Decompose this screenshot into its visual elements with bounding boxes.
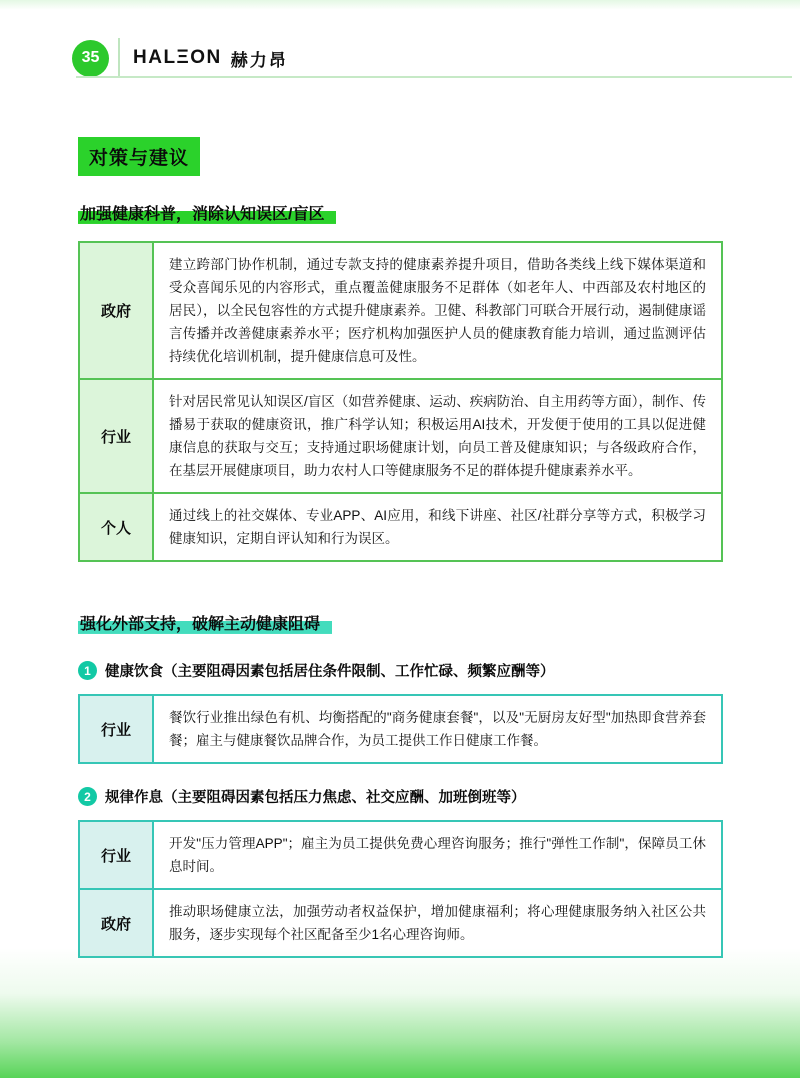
row-text-industry: 针对居民常见认知误区/盲区（如营养健康、运动、疾病防治、自主用药等方面），制作、… bbox=[154, 380, 721, 492]
item-2-title: 规律作息（主要阻碍因素包括压力焦虑、社交应酬、加班倒班等） bbox=[105, 786, 526, 807]
item-1-title: 健康饮食（主要阻碍因素包括居住条件限制、工作忙碌、频繁应酬等） bbox=[105, 660, 555, 681]
document-page: 35 HALΞON 赫力昂 对策与建议 加强健康科普，消除认知误区/盲区 政府 … bbox=[0, 0, 800, 1078]
row-text-individual: 通过线上的社交媒体、专业APP、AI应用，和线下讲座、社区/社群分享等方式，积极… bbox=[154, 494, 721, 560]
row-text-industry: 餐饮行业推出绿色有机、均衡搭配的"商务健康套餐"，以及"无厨房友好型"加热即食营… bbox=[154, 696, 721, 762]
row-label-industry: 行业 bbox=[80, 822, 154, 888]
row-label-individual: 个人 bbox=[80, 494, 154, 560]
item-1-number-badge: 1 bbox=[78, 661, 97, 680]
subsection-heading-2: 强化外部支持，破解主动健康阻碍 bbox=[78, 616, 332, 634]
regular-routine-table: 行业 开发"压力管理APP"；雇主为员工提供免费心理咨询服务；推行"弹性工作制"… bbox=[78, 820, 723, 958]
row-text-government: 建立跨部门协作机制，通过专款支持的健康素养提升项目，借助各类线上线下媒体渠道和受… bbox=[154, 243, 721, 378]
item-2-number-badge: 2 bbox=[78, 787, 97, 806]
table-row-individual: 个人 通过线上的社交媒体、专业APP、AI应用，和线下讲座、社区/社群分享等方式… bbox=[80, 492, 721, 560]
health-literacy-table: 政府 建立跨部门协作机制，通过专款支持的健康素养提升项目，借助各类线上线下媒体渠… bbox=[78, 241, 723, 562]
row-text-government: 推动职场健康立法，加强劳动者权益保护，增加健康福利；将心理健康服务纳入社区公共服… bbox=[154, 890, 721, 956]
subsection-heading-1: 加强健康科普，消除认知误区/盲区 bbox=[78, 206, 336, 224]
page-content: 对策与建议 加强健康科普，消除认知误区/盲区 政府 建立跨部门协作机制，通过专款… bbox=[78, 0, 723, 958]
numbered-item-1: 1 健康饮食（主要阻碍因素包括居住条件限制、工作忙碌、频繁应酬等） bbox=[78, 660, 723, 681]
healthy-diet-table: 行业 餐饮行业推出绿色有机、均衡搭配的"商务健康套餐"，以及"无厨房友好型"加热… bbox=[78, 694, 723, 764]
row-label-government: 政府 bbox=[80, 243, 154, 378]
table-row-government: 政府 建立跨部门协作机制，通过专款支持的健康素养提升项目，借助各类线上线下媒体渠… bbox=[80, 243, 721, 378]
section-title-box: 对策与建议 bbox=[78, 137, 200, 176]
subsection-heading-2-wrap: 强化外部支持，破解主动健康阻碍 bbox=[78, 612, 723, 638]
row-label-industry: 行业 bbox=[80, 380, 154, 492]
table-row-government: 政府 推动职场健康立法，加强劳动者权益保护，增加健康福利；将心理健康服务纳入社区… bbox=[80, 888, 721, 956]
table-row-industry: 行业 餐饮行业推出绿色有机、均衡搭配的"商务健康套餐"，以及"无厨房友好型"加热… bbox=[80, 696, 721, 762]
row-label-industry: 行业 bbox=[80, 696, 154, 762]
bottom-gradient bbox=[0, 948, 800, 1078]
table-row-industry: 行业 针对居民常见认知误区/盲区（如营养健康、运动、疾病防治、自主用药等方面），… bbox=[80, 378, 721, 492]
subsection-heading-1-wrap: 加强健康科普，消除认知误区/盲区 bbox=[78, 202, 723, 228]
row-label-government: 政府 bbox=[80, 890, 154, 956]
row-text-industry: 开发"压力管理APP"；雇主为员工提供免费心理咨询服务；推行"弹性工作制"，保障… bbox=[154, 822, 721, 888]
numbered-item-2: 2 规律作息（主要阻碍因素包括压力焦虑、社交应酬、加班倒班等） bbox=[78, 786, 723, 807]
table-row-industry: 行业 开发"压力管理APP"；雇主为员工提供免费心理咨询服务；推行"弹性工作制"… bbox=[80, 822, 721, 888]
